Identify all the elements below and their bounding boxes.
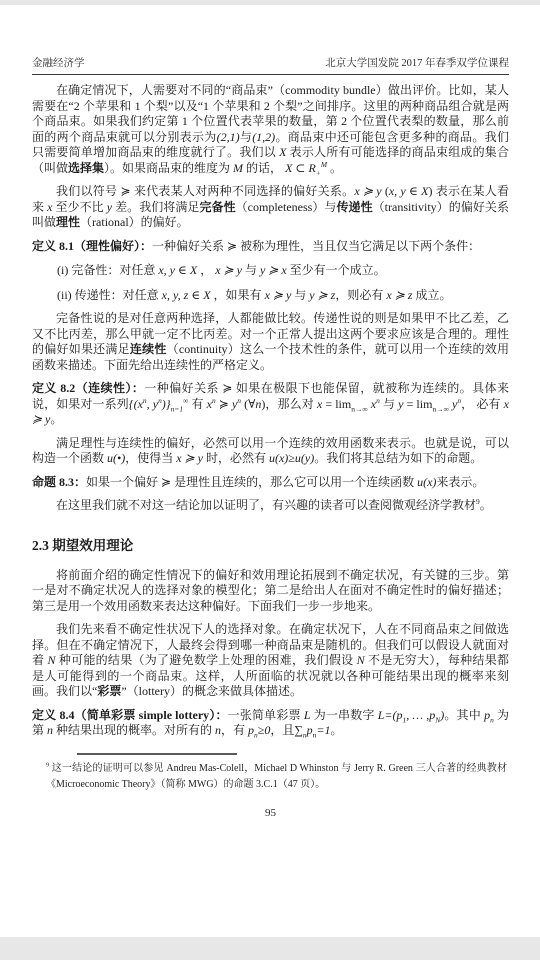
section-heading-expected-utility: 2.3 期望效用理论 [32, 534, 509, 554]
page-body: 在确定情况下，人需要对不同的“商品束”（commodity bundle）做出评… [32, 83, 509, 739]
document-page: 金融经济学 北京大学国发院 2017 年春季双学位课程 在确定情况下，人需要对不… [0, 5, 540, 937]
paragraph-uncertainty-choice: 我们先来看不确定性状况下人的选择对象。在确定状况下，人在不同商品束之间做选择。但… [32, 622, 509, 700]
paragraph-utility-function: 满足理性与连续性的偏好，必然可以用一个连续的效用函数来表示。也就是说，可以构造一… [32, 436, 509, 467]
condition-item-completeness: (i) 完备性：对任意 x, y ∈ X ， x ≽ y 与 y ≽ x 至少有… [57, 263, 509, 279]
header-course-title: 金融经济学 [32, 55, 85, 70]
viewer-background: 金融经济学 北京大学国发院 2017 年春季双学位课程 在确定情况下，人需要对不… [0, 0, 540, 960]
paragraph-no-proof: 在这里我们就不对这一结论加以证明了，有兴趣的读者可以查阅微观经济学教材9。 [32, 498, 509, 514]
definition-8-2-continuity: 定义 8.2（连续性）：一种偏好关系 ≽ 如果在极限下也能保留，就被称为连续的。… [32, 381, 509, 428]
paragraph-commodity-bundle: 在确定情况下，人需要对不同的“商品束”（commodity bundle）做出评… [32, 83, 509, 176]
page-number: 95 [32, 807, 509, 819]
definition-8-4-simple-lottery: 定义 8.4（简单彩票 simple lottery）：一张简单彩票 L 为一串… [32, 708, 509, 739]
paragraph-completeness-transitivity: 完备性说的是对任意两种选择，人都能做比较。传递性说的则是如果甲不比乙差，乙又不比… [32, 311, 509, 373]
definition-8-1-rational-preference: 定义 8.1（理性偏好）：一种偏好关系 ≽ 被称为理性，当且仅当它满足以下两个条… [32, 239, 509, 255]
paragraph-three-steps: 将前面介绍的确定性情况下的偏好和效用理论拓展到不确定状况，有关键的三步。第一是对… [32, 568, 509, 615]
condition-item-transitivity: (ii) 传递性：对任意 x, y, z ∈ X ，如果有 x ≽ y 与 y … [57, 288, 509, 304]
paragraph-preference-relation: 我们以符号 ≽ 来代表某人对两种不同选择的偏好关系。x ≽ y (x, y ∈ … [32, 184, 509, 231]
page-header: 金融经济学 北京大学国发院 2017 年春季双学位课程 [32, 55, 509, 75]
proposition-8-3: 命题 8.3：如果一个偏好 ≽ 是理性且连续的，那么它可以用一个连续函数 u(x… [32, 475, 509, 491]
footnote-separator [77, 753, 237, 755]
header-course-info: 北京大学国发院 2017 年春季双学位课程 [325, 55, 509, 70]
footnote-9: 9 这一结论的证明可以参见 Andreu Mas-Colell，Michael … [32, 761, 509, 793]
